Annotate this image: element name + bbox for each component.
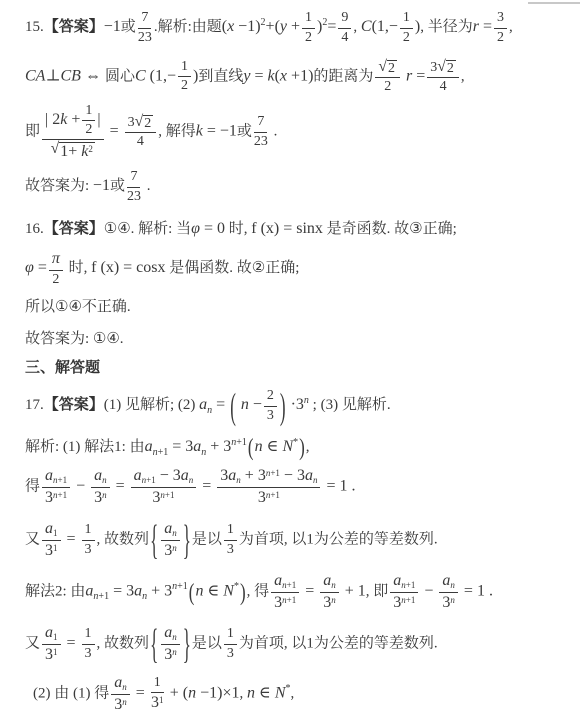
text-run: 1 [85, 626, 92, 641]
text-run: 2 [384, 79, 391, 94]
subscript: n+1 [93, 591, 109, 604]
text-run: 4 [341, 30, 348, 45]
text-run: 或 [121, 19, 136, 35]
math-run: + (n −1)×1 [166, 684, 240, 701]
math-run: 3 [114, 696, 122, 713]
text-run: , 得 [247, 583, 270, 599]
fraction: a131 [42, 520, 61, 560]
text-run: 15. [25, 19, 44, 35]
text-run: 1 [181, 59, 188, 74]
text-run: 16. [25, 221, 44, 237]
text-run: 23 [138, 30, 152, 45]
superscript: 1 [53, 543, 58, 553]
math-run: 3 [274, 594, 282, 611]
math-run: + 3 [241, 467, 266, 484]
text-run: , 即 [366, 583, 389, 599]
text-run: 3 [85, 542, 92, 557]
line-content: 解法2: 由an+1 = 3an + 3n+1(n ∈ N*), 得an+13n… [25, 572, 493, 612]
text-run: 又 [25, 635, 40, 651]
line-content: 又a131 = 13, 故数列{an3n}是以13为首项, 以1为公差的等差数列… [25, 624, 438, 664]
text-run: 7 [130, 169, 137, 184]
text-run: 2 [497, 30, 504, 45]
text-run: 2 [388, 61, 395, 76]
numerator: 1 [82, 626, 95, 644]
stretch-bracket: } [183, 624, 191, 665]
fraction: 3√24 [125, 114, 157, 150]
numerator: √2 [375, 59, 400, 78]
math-run: 3 [151, 694, 159, 711]
numerator: an [91, 467, 110, 487]
math-run: 3 [323, 594, 331, 611]
math-run: a [323, 572, 331, 589]
text-run: , 故数列 [97, 531, 150, 547]
doc-line-q17-answer-line1: 17.【答案】(1) 见解析; (2) an = ( n −23) ·3n ; … [25, 383, 575, 429]
text-run: 为首项, 以1为公差的等差数列. [239, 531, 438, 547]
radicand: 2 [387, 60, 397, 76]
text-run: , [240, 685, 248, 701]
denominator: 3n [442, 593, 455, 612]
fraction: 23 [264, 388, 277, 423]
math-run: a [274, 572, 282, 589]
subscript: n [142, 591, 147, 604]
subscript: n+1 [142, 475, 156, 485]
text-run: 为首项, 以1为公差的等差数列. [239, 635, 438, 651]
math-run: φ = [25, 259, 47, 276]
numerator: 1 [400, 10, 413, 28]
math-run: +(y + [266, 18, 301, 35]
numerator: 1 [224, 522, 237, 540]
superscript: n [172, 543, 177, 553]
fraction: a131 [42, 624, 61, 664]
denominator: 3n [323, 593, 336, 612]
bold-text-run: 【答案】 [44, 221, 104, 237]
text-run: 1 [227, 626, 234, 641]
numerator: a1 [42, 624, 61, 644]
subscript: n+1 [401, 580, 415, 590]
fraction: π2 [49, 250, 63, 287]
text-run: . [143, 178, 151, 194]
numerator: | 2k +12| [42, 103, 104, 140]
fraction: an3n [320, 572, 339, 612]
doc-line-q16-conclusion: 故答案为: ①④. [25, 328, 575, 350]
radical-sign-icon: √ [378, 59, 387, 75]
stretch-bracket: ) [280, 387, 286, 424]
line-content: 即| 2k +12|√1+ k2 = 3√24, 解得k = −1或723 . [25, 103, 277, 161]
math-run: a [45, 520, 53, 537]
math-run: r = [402, 67, 425, 84]
subscript: n [172, 528, 177, 538]
text-run: 即 [25, 123, 40, 139]
fraction: an3n [161, 624, 180, 664]
subscript: n+1 [153, 447, 169, 460]
denominator: 31 [151, 693, 164, 712]
math-run: − 3a [280, 467, 313, 484]
math-run: 3 [94, 489, 102, 506]
fraction: an+1 − 3an3n+1 [131, 467, 197, 507]
fraction: √22 [375, 59, 400, 95]
radicand: 1+ k2 [59, 142, 95, 161]
math-roman-run: f (x) = cosx [91, 259, 165, 276]
numerator: 3an + 3n+1 − 3an [217, 467, 320, 487]
denominator: 4 [440, 78, 447, 95]
math-run: = [198, 477, 215, 494]
math-run: a [45, 467, 53, 484]
doc-line-q16-answer-line1: 16.【答案】①④. 解析: 当φ = 0 时, f (x) = sinx 是奇… [25, 218, 575, 240]
math-run: a [393, 572, 401, 589]
stretch-bracket: ( [248, 436, 254, 460]
math-run: a [45, 624, 53, 641]
fraction: an3n [91, 467, 110, 507]
superscript: n [450, 595, 455, 605]
math-run: 3 [45, 646, 53, 663]
text-run: 17. [25, 397, 44, 413]
subscript: n [172, 632, 177, 642]
numerator: 9 [338, 10, 351, 28]
math-run: π [52, 250, 60, 267]
math-run: CA⊥CB ⇔ [25, 67, 105, 84]
text-run: , [306, 439, 310, 455]
doc-line-section-header: 三、解答题 [25, 357, 575, 379]
line-content: 解析: (1) 解法1: 由an+1 = 3an + 3n+1(n ∈ N*), [25, 437, 310, 457]
numerator: 1 [82, 522, 95, 540]
line-content: φ =π2 时, f (x) = cosx 是偶函数. 故②正确; [25, 250, 299, 287]
math-run: y = k(x +1) [243, 67, 313, 84]
superscript: * [286, 683, 291, 696]
fraction: 723 [254, 114, 268, 149]
stretch-bracket: } [183, 520, 191, 561]
numerator: 1 [224, 626, 237, 644]
doc-line-q17-part2-start: (2) 由 (1) 得an3n = 131 + (n −1)×1, n ∈ N*… [25, 673, 575, 715]
radical: √2 [378, 59, 397, 76]
text-run: 是以 [192, 531, 222, 547]
numerator: π [49, 250, 63, 270]
denominator: 2 [85, 121, 92, 138]
fraction: an3n [161, 520, 180, 560]
math-run: = 3a [168, 438, 201, 455]
denominator: 3n [164, 645, 177, 664]
numerator: an [161, 624, 180, 644]
superscript: n+1 [160, 490, 174, 500]
text-run: 解法2: 由 [25, 583, 85, 599]
math-run: 3 [45, 542, 53, 559]
numerator: an [111, 674, 130, 694]
math-run: 3a [220, 467, 236, 484]
line-content: 15.【答案】−1或723.解析:由题(x −1)2+(y +12)2=94, … [25, 10, 513, 45]
superscript: n [122, 697, 127, 707]
superscript: n [172, 647, 177, 657]
text-run: 9 [341, 10, 348, 25]
doc-line-q17-solution1-conclusion: 又a131 = 13, 故数列{an3n}是以13为首项, 以1为公差的等差数列… [25, 516, 575, 564]
text-run: , [461, 68, 465, 84]
math-run: a [94, 467, 102, 484]
subscript: n [331, 580, 336, 590]
text-run: 或 [237, 123, 252, 139]
denominator: 3n+1 [258, 488, 280, 507]
denominator: 4 [341, 29, 348, 46]
bold-text-run: 【答案】 [44, 19, 104, 35]
denominator: 3n+1 [274, 593, 296, 612]
numerator: 7 [254, 114, 267, 132]
math-run: 3 [45, 489, 53, 506]
text-run: 4 [137, 134, 144, 149]
fraction: 32 [494, 10, 507, 45]
text-run: 故答案为: [25, 178, 93, 194]
text-run: 2 [305, 30, 312, 45]
text-run: 3 [227, 646, 234, 661]
text-run: (1) 见解析; (2) [104, 397, 199, 413]
numerator: an [439, 572, 458, 592]
radicand: 2 [446, 60, 456, 76]
doc-line-q17-solution2-conclusion: 又a131 = 13, 故数列{an3n}是以13为首项, 以1为公差的等差数列… [25, 620, 575, 668]
subscript: n [236, 475, 241, 485]
numerator: 3√2 [427, 59, 459, 78]
math-run: = [112, 477, 129, 494]
denominator: 23 [127, 188, 141, 205]
text-run: 解析: (1) 解法1: 由 [25, 439, 145, 455]
text-run: 2 [52, 272, 59, 287]
subscript: n [189, 475, 194, 485]
numerator: 1 [178, 59, 191, 77]
math-run: 3 [442, 594, 450, 611]
radical: √2 [437, 59, 456, 76]
doc-line-q15-answer-line1: 15.【答案】−1或723.解析:由题(x −1)2+(y +12)2=94, … [25, 6, 575, 50]
line-content: 所以①④不正确. [25, 298, 131, 317]
text-run: 或 [110, 178, 125, 194]
doc-line-q17-solution2: 解法2: 由an+1 = 3an + 3n+1(n ∈ N*), 得an+13n… [25, 570, 575, 614]
numerator: 7 [138, 10, 151, 28]
denominator: 2 [384, 78, 391, 95]
math-run: −1 [104, 18, 121, 35]
denominator: 3 [227, 645, 234, 662]
line-content: 又a131 = 13, 故数列{an3n}是以13为首项, 以1为公差的等差数列… [25, 520, 438, 560]
bold-text-run: 三、解答题 [25, 360, 100, 376]
math-run: 3 [258, 489, 266, 506]
denominator: 3 [85, 645, 92, 662]
line-content: 17.【答案】(1) 见解析; (2) an = ( n −23) ·3n ; … [25, 388, 391, 423]
numerator: 1 [302, 10, 315, 28]
superscript: * [293, 437, 298, 450]
math-run: 3 [164, 646, 172, 663]
math-run: | 2k + [45, 111, 80, 128]
math-run: n ∈ N [195, 582, 234, 599]
text-run: 2 [144, 116, 151, 131]
denominator: 3 [85, 541, 92, 558]
text-run: , 故数列 [97, 635, 150, 651]
text-run: 又 [25, 531, 40, 547]
math-run: + 3 [206, 438, 231, 455]
fraction: 131 [151, 675, 164, 712]
text-run: , [509, 19, 513, 35]
text-run: 1 [403, 10, 410, 25]
text-run: 是以 [192, 635, 222, 651]
math-run: = [212, 396, 229, 413]
radical-sign-icon: √ [437, 59, 446, 75]
doc-line-q16-line2: φ =π2 时, f (x) = cosx 是偶函数. 故②正确; [25, 247, 575, 291]
subscript: n+1 [282, 580, 296, 590]
math-run: n − [237, 396, 262, 413]
math-run: = 3a [109, 582, 142, 599]
math-run: n ∈ N [247, 684, 286, 701]
text-run: 7 [257, 114, 264, 129]
fraction: 3an + 3n+1 − 3an3n+1 [217, 467, 320, 507]
math-run: 3 [393, 594, 401, 611]
fraction: 94 [338, 10, 351, 45]
numerator: a1 [42, 520, 61, 540]
text-run: . [270, 123, 278, 139]
math-run: −1 [93, 177, 110, 194]
fraction: 12 [82, 103, 95, 138]
text-run: 23 [254, 134, 268, 149]
numerator: 2 [264, 388, 277, 406]
doc-line-q15-line3: 即| 2k +12|√1+ k2 = 3√24, 解得k = −1或723 . [25, 103, 575, 161]
math-run: (x −1) [222, 18, 261, 35]
math-run: C (1,− [135, 67, 176, 84]
text-run: 2 [447, 61, 454, 76]
text-run: 1 [85, 103, 92, 118]
fraction: 12 [400, 10, 413, 45]
fraction: 13 [82, 522, 95, 557]
numerator: 7 [127, 169, 140, 187]
denominator: √1+ k2 [51, 140, 95, 161]
math-run: a [164, 624, 172, 641]
math-run: = [63, 530, 80, 547]
line-content: 故答案为: −1或723 . [25, 169, 150, 204]
math-run: r = [473, 18, 492, 35]
text-run: 3 [227, 542, 234, 557]
text-run: 是奇函数. 故③正确; [323, 221, 457, 237]
line-content: 得an+13n+1 − an3n = an+1 − 3an3n+1 = 3an … [25, 467, 355, 507]
subscript: n [201, 447, 206, 460]
text-run: , [291, 685, 295, 701]
text-run: 3 [85, 646, 92, 661]
fraction: an+13n+1 [271, 572, 299, 612]
line-content: 三、解答题 [25, 359, 100, 378]
text-run: 1 [305, 10, 312, 25]
text-run: 到直线 [198, 68, 243, 84]
text-run: 的距离为 [313, 68, 373, 84]
superscript: 2 [88, 145, 93, 155]
math-run: a [145, 438, 153, 455]
denominator: 3 [267, 407, 274, 424]
text-run: 23 [127, 189, 141, 204]
math-run: n ∈ N [255, 438, 294, 455]
line-content: 16.【答案】①④. 解析: 当φ = 0 时, f (x) = sinx 是奇… [25, 219, 457, 239]
fraction: 723 [127, 169, 141, 204]
superscript: 2 [322, 17, 327, 30]
text-run: 4 [440, 79, 447, 94]
text-run: ①④. 解析: 当 [104, 221, 191, 237]
radical-sign-icon: √ [51, 141, 60, 157]
text-run: 所以①④不正确. [25, 299, 131, 315]
subscript: n [313, 475, 318, 485]
math-run: a [134, 467, 142, 484]
radical-sign-icon: √ [135, 114, 144, 130]
math-run: − 3a [156, 467, 189, 484]
text-run: 3 [128, 115, 135, 130]
text-run: 3 [430, 60, 437, 75]
fraction: an3n [439, 572, 458, 612]
text-run: , [353, 19, 361, 35]
doc-line-q15-line2: CA⊥CB ⇔ 圆心C (1,−12)到直线y = k(x +1)的距离为√22… [25, 55, 575, 99]
numerator: 3 [494, 10, 507, 28]
numerator: an+1 [271, 572, 299, 592]
superscript: n+1 [266, 468, 280, 478]
math-run: a [85, 582, 93, 599]
superscript: n [331, 595, 336, 605]
math-run: 3 [152, 489, 160, 506]
denominator: 2 [52, 271, 59, 288]
text-run: 3 [267, 408, 274, 423]
radical: √1+ k2 [51, 141, 95, 161]
denominator: 23 [138, 29, 152, 46]
math-run: a [199, 396, 207, 413]
doc-line-q17-solution1-derivation: 得an+13n+1 − an3n = an+1 − 3an3n+1 = 3an … [25, 464, 575, 510]
superscript: n+1 [282, 595, 296, 605]
denominator: 2 [181, 77, 188, 94]
numerator: an+1 − 3an [131, 467, 197, 487]
text-run: (2) 由 (1) 得 [33, 685, 109, 701]
bold-text-run: 【答案】 [44, 397, 104, 413]
superscript: n+1 [266, 490, 280, 500]
numerator: an [161, 520, 180, 540]
text-run: 3 [497, 10, 504, 25]
text-run: 2 [403, 30, 410, 45]
superscript: n+1 [53, 490, 67, 500]
superscript: n [102, 490, 107, 500]
text-run: 2 [267, 388, 274, 403]
math-run: = [327, 18, 336, 35]
math-run: 1+ k [60, 143, 88, 160]
stretch-bracket: ( [230, 387, 236, 424]
math-run: − [72, 477, 89, 494]
fraction: 12 [302, 10, 315, 45]
fraction: 13 [82, 626, 95, 661]
text-run: 1 [85, 522, 92, 537]
fraction: 3√24 [427, 59, 459, 95]
text-run: 7 [141, 10, 148, 25]
fraction: | 2k +12|√1+ k2 [42, 103, 104, 161]
doc-line-q16-line3: 所以①④不正确. [25, 296, 575, 318]
denominator: 3n [94, 488, 107, 507]
superscript: n+1 [172, 581, 188, 594]
denominator: 3n+1 [45, 488, 67, 507]
text-run: 时, [225, 221, 251, 237]
text-run: .解析:由题 [154, 19, 222, 35]
fraction: 723 [138, 10, 152, 45]
math-run: = [106, 122, 123, 139]
denominator: 4 [137, 133, 144, 150]
superscript: n [304, 395, 309, 408]
denominator: 31 [45, 541, 58, 560]
scan-artifact-line [528, 2, 580, 4]
text-run: ; (3) 见解析. [309, 397, 391, 413]
text-run: 得 [25, 478, 40, 494]
denominator: 3n [114, 695, 127, 714]
math-run: k = −1 [196, 122, 237, 139]
subscript: n [102, 475, 107, 485]
text-run: 圆心 [105, 68, 135, 84]
math-run: φ = 0 [191, 220, 225, 237]
math-run: | [97, 111, 100, 128]
math-run: ·3 [287, 396, 304, 413]
superscript: 2 [261, 17, 266, 30]
denominator: 3n+1 [152, 488, 174, 507]
subscript: 1 [53, 632, 58, 642]
stretch-bracket: ( [189, 580, 195, 604]
line-content: CA⊥CB ⇔ 圆心C (1,−12)到直线y = k(x +1)的距离为√22… [25, 59, 465, 95]
stretch-bracket: { [150, 520, 158, 561]
numerator: 1 [151, 675, 164, 693]
